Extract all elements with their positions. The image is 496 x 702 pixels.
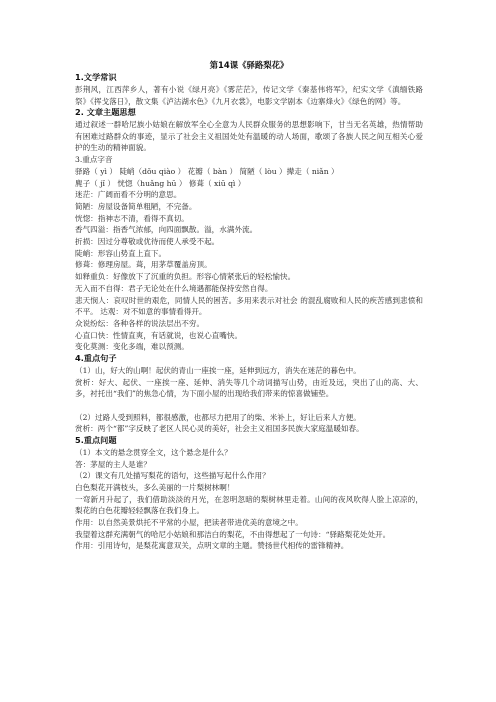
pinyin-line: 驿路（ yì ） 陡峭（dǒu qiào ） 花瓣（ bàn ） 简陋（ lòu… [75, 166, 423, 178]
section-heading-key-questions: 5.重点问题 [75, 435, 423, 447]
sentence-analysis: 赏析：两个“都”字反映了老区人民心灵的美好，社会主义祖国多民族大家庭温暖如春。 [75, 423, 423, 435]
definition: 众说纷纭：各种各样的说法层出不穷。 [75, 318, 423, 330]
question: （1）本文的悬念贯穿全文，这个悬念是什么？ [75, 447, 423, 459]
document-title: 第14课《驿路梨花》 [75, 59, 423, 71]
definition: 恍惚：指神志不清，看得不真切。 [75, 213, 423, 225]
section-heading-literary-knowledge: 1.文学常识 [75, 72, 423, 84]
definition: 折损：因过分尊敬或优待而使人承受不起。 [75, 236, 423, 248]
section-heading-theme: 2. 文章主题思想 [75, 107, 423, 119]
answer: 作用：以自然美景烘托不平常的小屋，把读者带进优美的意境之中。 [75, 517, 423, 529]
definition: 如释重负：好像放下了沉重的负担。形容心情紧张后的轻松愉快。 [75, 271, 423, 283]
definition: 悲天悯人：哀叹时世的艰危，同情人民的困苦。多用来表示对社会 的混乱腐败和人民的疾… [75, 295, 423, 318]
spacer [75, 400, 423, 412]
section-heading-pronunciation: 3.重点字音 [75, 154, 423, 166]
answer: 答：茅屋的主人是谁？ [75, 459, 423, 471]
sentence-analysis: 赏析：好大、起伏、一座挨一座、延伸、消失等几个动词描写山势，由近及远，突出了山的… [75, 377, 423, 400]
section-heading-key-sentences: 4.重点句子 [75, 353, 423, 365]
question: （2）课文有几处描写梨花的语句，这些描写起什么作用？ [75, 470, 423, 482]
key-sentence: （1）山，好大的山啊！起伏的青山一座挨一座，延伸到远方，消失在迷茫的暮色中。 [75, 365, 423, 377]
quote: 我望着这群充满朝气的哈尼小姑娘和那洁白的梨花，不由得想起了一句诗：“驿路梨花处处… [75, 529, 423, 541]
answer: 作用：引用诗句，是梨花寓意双关，点明文章的主题。赞扬世代相传的雷锋精神。 [75, 540, 423, 552]
key-sentence: （2）过路人受到照料，都很感激，也都尽力把用了的柴、米补上，好让后来人方便。 [75, 412, 423, 424]
quote: 白色梨花开满枝头，多么美丽的一片梨树林啊！ [75, 482, 423, 494]
document-page: 第14课《驿路梨花》 1.文学常识 彭荆风，江西萍乡人，著有小说《绿月亮》《雾茫… [75, 59, 423, 552]
definition: 简陋：房屋设备简单粗陋，不完备。 [75, 201, 423, 213]
definition: 迷茫：广阔而看不分明的意思。 [75, 189, 423, 201]
definition: 变化莫测：变化多端，难以预测。 [75, 341, 423, 353]
pinyin-line: 麂子（ jǐ ） 恍惚（huǎng hū ） 修葺（ xiū qì ） [75, 178, 423, 190]
definition: 修葺：修理房屋。葺，用茅草覆盖房顶。 [75, 259, 423, 271]
quote: 一弯新月升起了，我们借助淡淡的月光，在忽明忽暗的梨树林里走着。山间的夜风吹得人脸… [75, 494, 423, 517]
definition: 陡峭：形容山势直上直下。 [75, 248, 423, 260]
definition: 心直口快：性情直爽，有话就说，也说心直嘴快。 [75, 330, 423, 342]
theme-text: 通过叙述一群哈尼族小姑娘在解放军全心全意为人民群众服务的思想影响下，甘当无名英雄… [75, 119, 423, 154]
literary-knowledge-text: 彭荆风，江西萍乡人，著有小说《绿月亮》《雾茫茫》，传记文学《秦基伟将军》，纪实文… [75, 84, 423, 107]
definition: 香气四溢：指香气浓郁，向四面飘散。溢，水满外流。 [75, 224, 423, 236]
definition: 无入而不自得：君子无论处在什么境遇都能保持安然自得。 [75, 283, 423, 295]
